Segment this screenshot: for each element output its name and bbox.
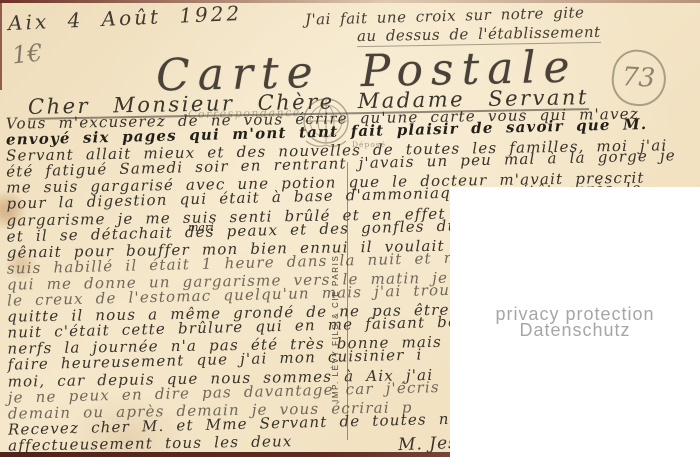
printer-imprint: IMP. LÉVY FILS & CIE PARIS: [331, 230, 340, 402]
postcard-scan: Aix 4 Août 1922 1€ J'ai fait une croix s…: [0, 0, 700, 457]
inserted-word: mari: [188, 221, 214, 234]
number-stamp: 73: [609, 47, 669, 109]
number-stamp-value: 73: [622, 62, 657, 94]
postcard-divider-line: [347, 162, 348, 440]
scan-edge-top: [0, 0, 700, 3]
privacy-label-en: privacy protection: [495, 307, 654, 321]
price-mark: 1€: [11, 38, 44, 69]
scan-edge-bottom: [0, 452, 452, 457]
scan-edge-left: [0, 0, 2, 90]
privacy-label-de: Datenschutz: [519, 323, 630, 337]
date-annotation: Aix 4 Août 1922: [8, 1, 243, 35]
privacy-overlay: privacy protection Datenschutz: [450, 187, 700, 457]
